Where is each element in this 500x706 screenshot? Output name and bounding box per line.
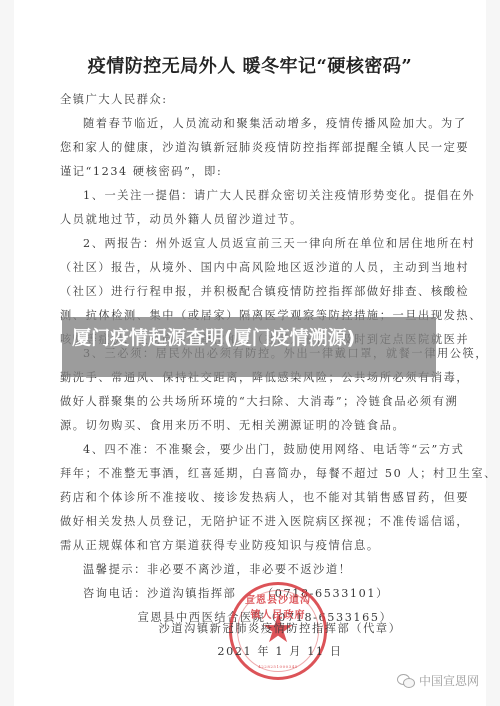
body-line: （社区）报告，从境外、国内中高风险地区返沙道的人员，主动到当地村 — [60, 261, 442, 275]
document-title: 疫情防控无局外人 暖冬牢记“硬核密码” — [0, 52, 500, 78]
issue-date: 2021 年 1 月 11 日 — [0, 645, 500, 659]
body-line: 药店和个体诊所不准接收、接诊发热病人，也不能对其销售感冒药，但要 — [60, 491, 442, 505]
salutation: 全镇广大人民群众: — [60, 93, 442, 107]
warm-tip: 温馨提示：非必要不离沙道，非必要不返沙道！ — [83, 563, 442, 577]
body-line: （社区）进行行程申报，并积极配合镇疫情防控指挥部做好排查、核酸检 — [60, 285, 442, 299]
body-line: 谨记“1234 硬核密码”，即: — [60, 165, 442, 179]
signature: 沙道沟镇新冠肺炎疫情防控指挥部（代章） — [0, 622, 500, 636]
body-line: 您和家人的健康，沙道沟镇新冠肺炎疫情防控指挥部提醒全镇人民一定要 — [60, 141, 442, 155]
body-line: 4、四不准：不准聚会，要少出门，鼓励使用网络、电话等“云”方式 — [83, 443, 442, 457]
body-line: 人员就地过节，动员外籍人员留沙道过节。 — [60, 213, 442, 227]
body-line: 拜年；不准整无事酒，红喜延期，白喜简办，每餐不超过 50 人；村卫生室、 — [60, 467, 442, 481]
body-line: 随着春节临近，人员流动和聚集活动增多，疫情传播风险加大。为了 — [83, 117, 442, 131]
wechat-icon — [397, 674, 415, 688]
seal-digits: 4228251000345 — [232, 664, 324, 669]
body-line: 2、两报告：州外返宣人员返宣前三天一律向所在单位和居住地所在村 — [83, 237, 442, 251]
body-line: 做好相关发热人员登记，无陪护证不进入医院病区探视；不准传谣信谣， — [60, 515, 442, 529]
body-line: 源。切勿购买、食用来历不明、无相关溯源证明的冷链食品。 — [60, 419, 442, 433]
headline-overlay-text: 厦门疫情起源查明(厦门疫情溯源) — [72, 325, 412, 351]
body-line: 需从正规媒体和官方渠道获得专业防疫知识与疫情信息。 — [60, 539, 442, 553]
body-line: 1、一关注一提倡：请广大人民群众密切关注疫情形势变化。提倡在外 — [83, 189, 442, 203]
watermark-text: 中国宣恩网 — [419, 672, 479, 689]
body-line: 做好人群聚集的公共场所环境的“大扫除、大消毒”；冷链食品必须有溯 — [60, 395, 442, 409]
source-watermark: 中国宣恩网 — [397, 672, 479, 689]
